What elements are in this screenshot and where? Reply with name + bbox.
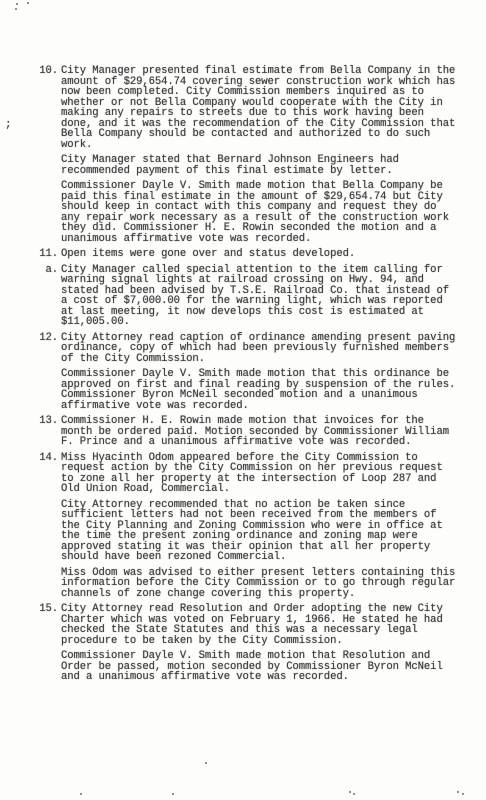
paragraph: Commissioner Dayle V. Smith made motion … bbox=[61, 181, 458, 244]
scan-speck bbox=[457, 791, 459, 793]
item-paragraphs: City Attorney read caption of ordinance … bbox=[61, 333, 458, 412]
minutes-item-13: 13. Commissioner H. E. Rowin made motion… bbox=[38, 416, 458, 448]
minutes-item-15: 15. City Attorney read Resolution and Or… bbox=[38, 604, 458, 683]
item-paragraphs: Open items were gone over and status dev… bbox=[61, 249, 458, 260]
item-paragraphs: City Manager presented final estimate fr… bbox=[61, 66, 458, 244]
paragraph: Commissioner Dayle V. Smith made motion … bbox=[61, 651, 458, 683]
scanned-minutes-page: ; 10. City Manager presented final estim… bbox=[0, 0, 486, 800]
paragraph: City Manager stated that Bernard Johnson… bbox=[61, 155, 458, 176]
scan-speck bbox=[15, 8, 17, 10]
item-paragraphs: City Attorney read Resolution and Order … bbox=[61, 604, 458, 683]
item-number: a. bbox=[38, 265, 58, 328]
scan-speck bbox=[16, 3, 18, 5]
scan-speck bbox=[27, 2, 29, 4]
scan-speck bbox=[462, 793, 464, 795]
scan-speck bbox=[353, 793, 355, 795]
item-number: 15. bbox=[38, 604, 58, 683]
minutes-item-11: 11. Open items were gone over and status… bbox=[38, 249, 458, 260]
scan-speck bbox=[205, 762, 207, 764]
minutes-item-12: 12. City Attorney read caption of ordina… bbox=[38, 333, 458, 412]
item-paragraphs: Commissioner H. E. Rowin made motion tha… bbox=[61, 416, 458, 448]
item-number: 14. bbox=[38, 453, 58, 600]
paragraph: Open items were gone over and status dev… bbox=[61, 249, 458, 260]
minutes-body: 10. City Manager presented final estimat… bbox=[38, 66, 458, 688]
paragraph: Miss Odom was advised to either present … bbox=[61, 568, 458, 600]
paragraph: City Attorney read Resolution and Order … bbox=[61, 604, 458, 646]
item-paragraphs: Miss Hyacinth Odom appeared before the C… bbox=[61, 453, 458, 600]
paragraph: Commissioner H. E. Rowin made motion tha… bbox=[61, 416, 458, 448]
minutes-item-11a: a. City Manager called special attention… bbox=[38, 265, 458, 328]
item-number: 10. bbox=[38, 66, 58, 244]
item-number: 12. bbox=[38, 333, 58, 412]
paragraph: City Attorney recommended that no action… bbox=[61, 500, 458, 563]
scan-speck bbox=[80, 793, 82, 795]
paragraph: City Manager called special attention to… bbox=[61, 265, 458, 328]
paragraph: Commissioner Dayle V. Smith made motion … bbox=[61, 369, 458, 411]
scan-speck bbox=[349, 791, 351, 793]
scan-speck bbox=[172, 793, 174, 795]
stray-mark: ; bbox=[5, 119, 12, 131]
paragraph: Miss Hyacinth Odom appeared before the C… bbox=[61, 453, 458, 495]
paragraph: City Manager presented final estimate fr… bbox=[61, 66, 458, 150]
item-number: 11. bbox=[38, 249, 58, 260]
item-number: 13. bbox=[38, 416, 58, 448]
item-paragraphs: City Manager called special attention to… bbox=[61, 265, 458, 328]
minutes-item-14: 14. Miss Hyacinth Odom appeared before t… bbox=[38, 453, 458, 600]
minutes-item-10: 10. City Manager presented final estimat… bbox=[38, 66, 458, 244]
paragraph: City Attorney read caption of ordinance … bbox=[61, 333, 458, 365]
